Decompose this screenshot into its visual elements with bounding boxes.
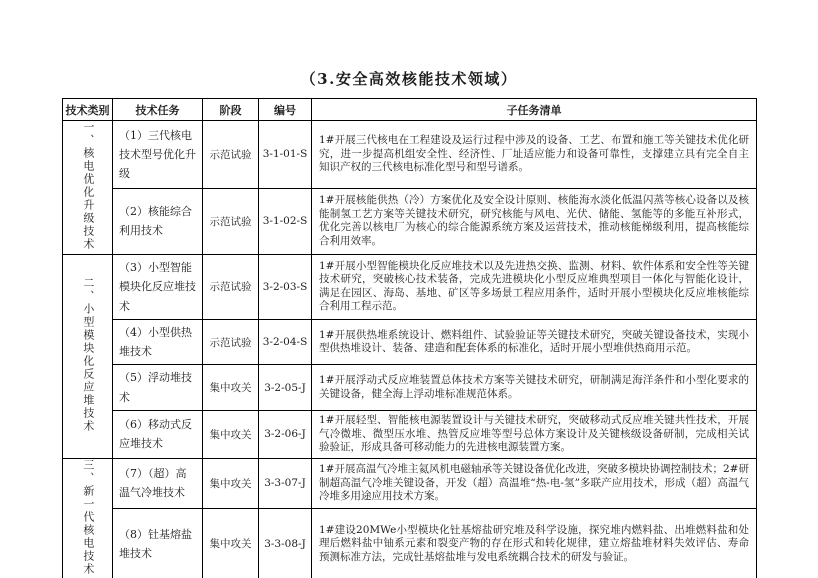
table-row: 一、核电优化升级技术 （1）三代核电技术型号优化升级 示范试验 3-1-01-S… (63, 121, 757, 189)
category-cell: 三、新一代核电技术 (63, 458, 113, 578)
code-cell: 3-1-01-S (259, 121, 312, 189)
task-cell: （6）移动式反应堆技术 (113, 410, 203, 458)
phase-cell: 集中攻关 (203, 458, 259, 508)
code-cell: 3-1-02-S (259, 188, 312, 254)
table-row: （4）小型供热堆技术 示范试验 3-2-04-S 1#开展供热堆系统设计、燃料组… (63, 319, 757, 365)
header-phase: 阶段 (203, 99, 259, 121)
task-cell: （4）小型供热堆技术 (113, 319, 203, 365)
document-page: （3.安全高效核能技术领域） 技术类别 技术任务 阶段 编号 子任务清单 一、核… (0, 0, 818, 578)
phase-cell: 集中攻关 (203, 365, 259, 411)
category-label: 三、新一代核电技术 (81, 459, 94, 576)
task-cell: （3）小型智能模块化反应堆技术 (113, 255, 203, 320)
task-cell: （5）浮动堆技术 (113, 365, 203, 411)
table-row: 三、新一代核电技术 （7）（超）高温气冷堆技术 集中攻关 3-3-07-J 1#… (63, 458, 757, 508)
subtask-cell: 1#开展高温气冷堆主氦风机电磁轴承等关键设备优化改进，突破多模块协调控制技术；2… (312, 458, 757, 508)
table-row: （6）移动式反应堆技术 集中攻关 3-2-06-J 1#开展轻型、智能核电源装置… (63, 410, 757, 458)
table-row: （5）浮动堆技术 集中攻关 3-2-05-J 1#开展浮动式反应堆装置总体技术方… (63, 365, 757, 411)
subtask-cell: 1#开展轻型、智能核电源装置设计与关键技术研究，突破移动式反应堆关键共性技术，开… (312, 410, 757, 458)
category-label: 二、小型模块化反应堆技术 (81, 277, 94, 433)
phase-cell: 示范试验 (203, 188, 259, 254)
header-code: 编号 (259, 99, 312, 121)
subtask-cell: 1#开展小型智能模块化反应堆技术以及先进热交换、监测、材料、软件体系和安全性等关… (312, 255, 757, 320)
phase-cell: 示范试验 (203, 121, 259, 189)
table-row: （2）核能综合利用技术 示范试验 3-1-02-S 1#开展核能供热（冷）方案优… (63, 188, 757, 254)
phase-cell: 集中攻关 (203, 508, 259, 578)
phase-cell: 示范试验 (203, 319, 259, 365)
code-cell: 3-3-07-J (259, 458, 312, 508)
subtask-cell: 1#开展供热堆系统设计、燃料组件、试验验证等关键技术研究，突破关键设备技术，实现… (312, 319, 757, 365)
code-cell: 3-2-06-J (259, 410, 312, 458)
phase-cell: 示范试验 (203, 255, 259, 320)
tech-roadmap-table: 技术类别 技术任务 阶段 编号 子任务清单 一、核电优化升级技术 （1）三代核电… (62, 98, 757, 578)
subtask-cell: 1#建设20MWe小型模块化钍基熔盐研究堆及科学设施，探究堆内燃料盐、出堆燃料盐… (312, 508, 757, 578)
code-cell: 3-2-04-S (259, 319, 312, 365)
task-cell: （2）核能综合利用技术 (113, 188, 203, 254)
category-cell: 一、核电优化升级技术 (63, 121, 113, 255)
page-title: （3.安全高效核能技术领域） (0, 68, 818, 89)
task-cell: （8）钍基熔盐堆技术 (113, 508, 203, 578)
header-subtask-list: 子任务清单 (312, 99, 757, 121)
header-row: 技术类别 技术任务 阶段 编号 子任务清单 (63, 99, 757, 121)
table-row: （8）钍基熔盐堆技术 集中攻关 3-3-08-J 1#建设20MWe小型模块化钍… (63, 508, 757, 578)
subtask-cell: 1#开展浮动式反应堆装置总体技术方案等关键技术研究，研制满足海洋条件和小型化要求… (312, 365, 757, 411)
task-cell: （1）三代核电技术型号优化升级 (113, 121, 203, 189)
subtask-cell: 1#开展三代核电在工程建设及运行过程中涉及的设备、工艺、布置和施工等关键技术优化… (312, 121, 757, 189)
category-label: 一、核电优化升级技术 (81, 121, 94, 251)
code-cell: 3-2-03-S (259, 255, 312, 320)
subtask-cell: 1#开展核能供热（冷）方案优化及安全设计原则、核能海水淡化低温闪蒸等核心设备以及… (312, 188, 757, 254)
table-row: 二、小型模块化反应堆技术 （3）小型智能模块化反应堆技术 示范试验 3-2-03… (63, 255, 757, 320)
header-tech-task: 技术任务 (113, 99, 203, 121)
code-cell: 3-3-08-J (259, 508, 312, 578)
header-tech-category: 技术类别 (63, 99, 113, 121)
code-cell: 3-2-05-J (259, 365, 312, 411)
category-cell: 二、小型模块化反应堆技术 (63, 255, 113, 459)
phase-cell: 集中攻关 (203, 410, 259, 458)
task-cell: （7）（超）高温气冷堆技术 (113, 458, 203, 508)
